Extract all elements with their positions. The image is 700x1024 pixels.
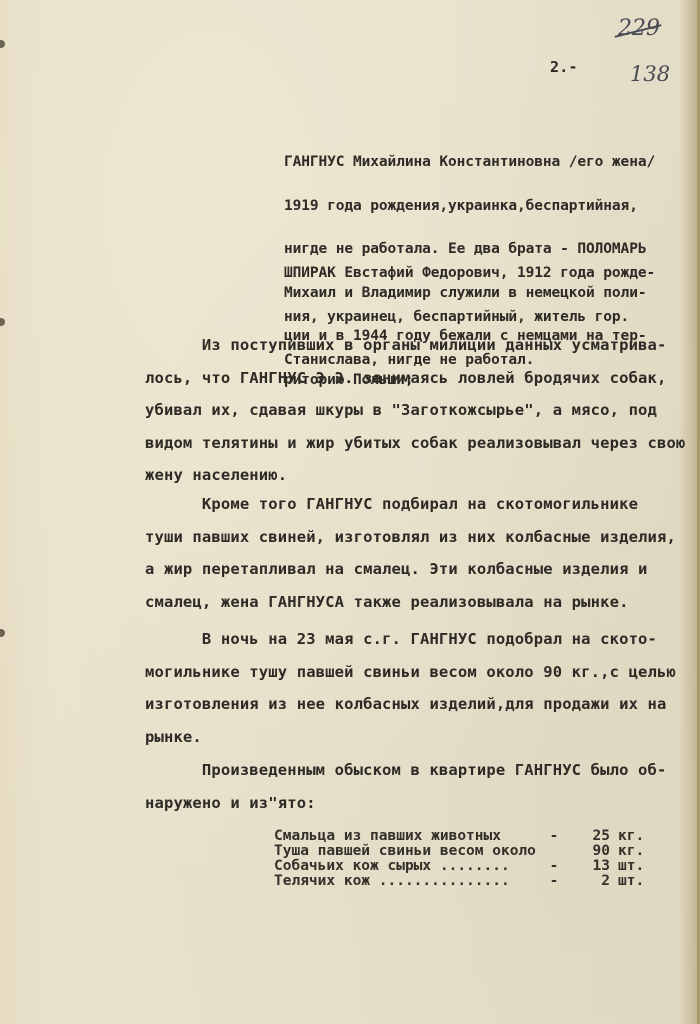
item-name: Телячих кож ............... [274,874,534,889]
item-name: Смальца из павших животных [274,829,534,844]
seized-item-row: Туша павшей свиньи весом около 90 кг. [274,844,658,859]
item-dash: - [534,829,574,844]
text-line: видом телятины и жир убитых собак реализ… [145,427,685,460]
paragraph-may-23: В ночь на 23 мая с.г. ГАНГНУС подобрал н… [145,623,685,753]
item-name: Собачьих кож сырых ........ [274,859,534,874]
text-line: рынке. [145,721,685,754]
page-number: 2.- [550,58,578,76]
text-line: Кроме того ГАНГНУС подбирал на скотомоги… [145,488,685,521]
binding-hole [0,318,5,326]
text-line: В ночь на 23 мая с.г. ГАНГНУС подобрал н… [145,623,685,656]
text-line: ния, украинец, беспартийный, житель гор. [284,310,655,325]
text-line: наружено и из"ято: [145,787,685,820]
text-line: убивал их, сдавая шкуры в "Заготкожсырье… [145,394,685,427]
item-unit: шт. [610,874,658,889]
seized-item-row: Смальца из павших животных - 25 кг. [274,829,658,844]
item-name: Туша павшей свиньи весом около [274,844,534,859]
text-line: а жир перетапливал на смалец. Эти колбас… [145,553,685,586]
item-quantity: 25 [574,829,610,844]
item-unit: кг. [610,844,658,859]
text-line: могильнике тушу павшей свиньи весом окол… [145,656,685,689]
document-page: 2.- 229 138 ГАНГНУС Михайлина Константин… [0,0,700,1024]
text-line: лось, что ГАНГНУС Э.Э. занимаясь ловлей … [145,362,685,395]
binding-hole [0,629,5,637]
seized-item-row: Собачьих кож сырых ........ - 13 шт. [274,859,658,874]
text-line: туши павших свиней, изготовлял из них ко… [145,521,685,554]
item-quantity: 90 [574,844,610,859]
text-line: ГАНГНУС Михайлина Константиновна /его же… [284,155,655,170]
text-line: Из поступивших в органы милиции данных у… [145,329,685,362]
text-line: жену населению. [145,459,685,492]
item-unit: кг. [610,829,658,844]
seized-items-list: Смальца из павших животных - 25 кг. Туша… [274,829,658,889]
text-line: изготовления из нее колбасных изделий,дл… [145,688,685,721]
text-line: смалец, жена ГАНГНУСА также реализовывал… [145,586,685,619]
item-dash [534,844,574,859]
text-line: 1919 года рождения,украинка,беспартийная… [284,199,655,214]
seized-item-row: Телячих кож ............... - 2 шт. [274,874,658,889]
text-line: ШПИРАК Евстафий Федорович, 1912 года рож… [284,266,655,281]
item-unit: шт. [610,859,658,874]
binding-hole [0,40,5,48]
paragraph-pig-carcasses: Кроме того ГАНГНУС подбирал на скотомоги… [145,488,685,618]
item-dash: - [534,874,574,889]
paragraph-search: Произведенным обыском в квартире ГАНГНУС… [145,754,685,819]
archive-number-crossed: 229 [618,16,660,41]
item-dash: - [534,859,574,874]
item-quantity: 2 [574,874,610,889]
archive-number: 138 [630,62,670,86]
text-line: Произведенным обыском в квартире ГАНГНУС… [145,754,685,787]
paragraph-dog-meat: Из поступивших в органы милиции данных у… [145,329,685,492]
item-quantity: 13 [574,859,610,874]
